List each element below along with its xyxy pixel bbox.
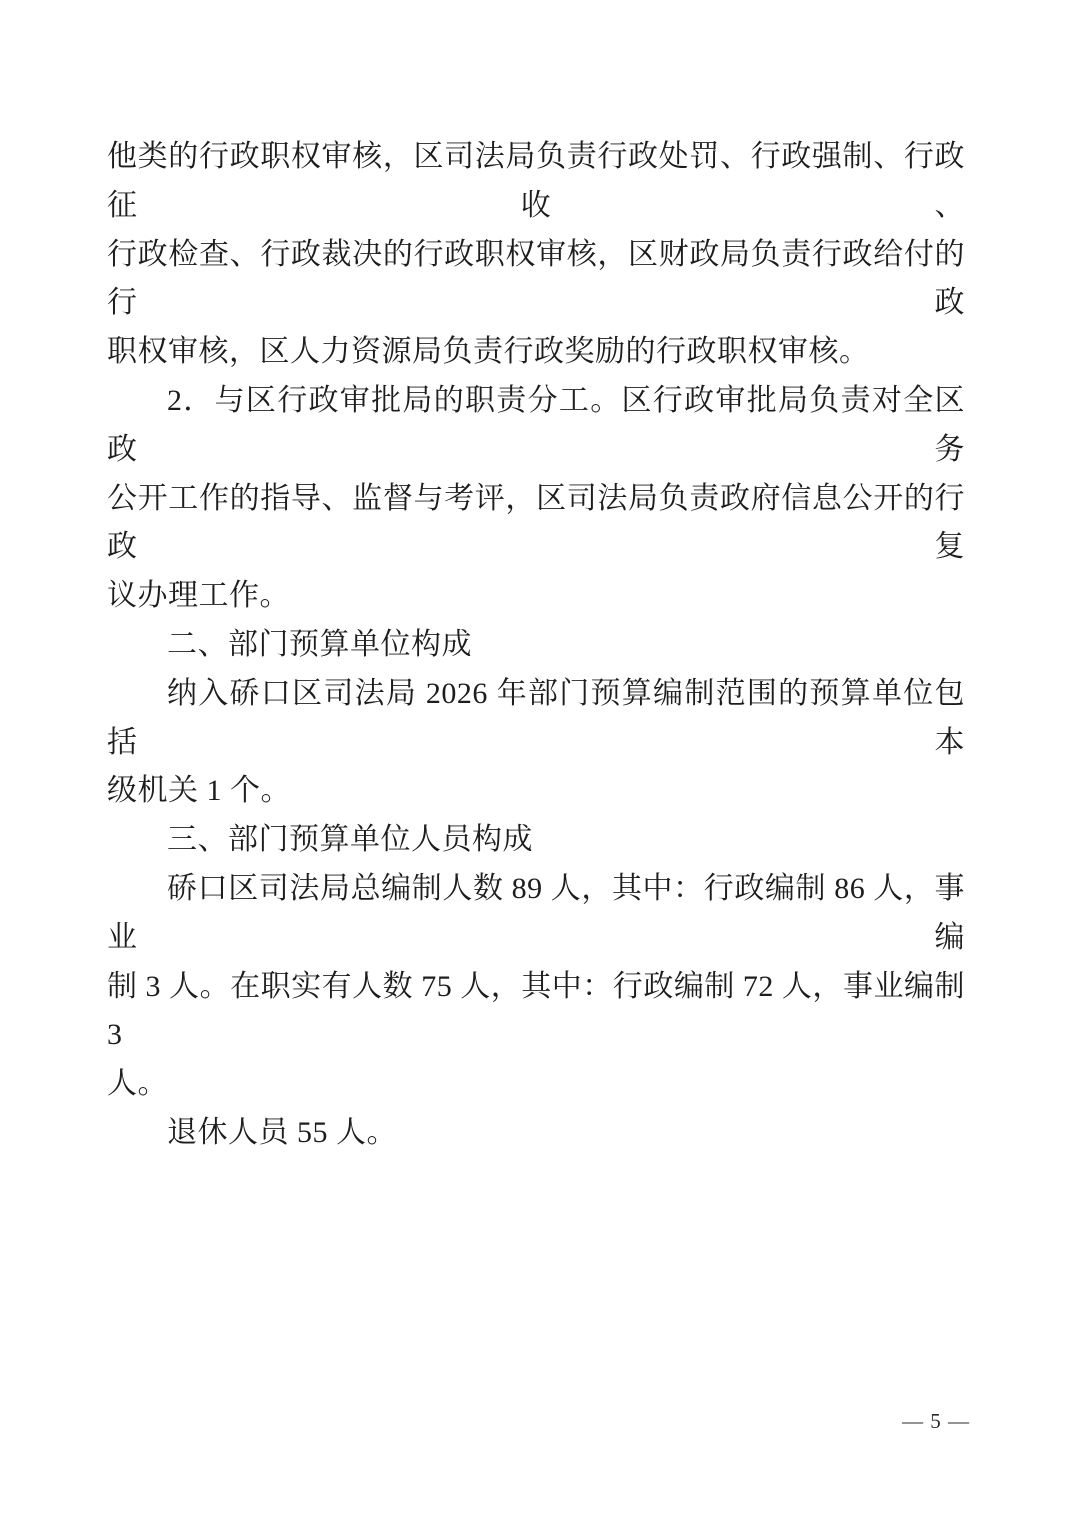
document-page: 他类的行政职权审核，区司法局负责行政处罚、行政强制、行政征收、 行政检查、行政裁… [0,0,1074,1520]
body-line: 2．与区行政审批局的职责分工。区行政审批局负责对全区政务 [107,377,965,475]
body-line: 议办理工作。 [107,572,965,621]
section-heading: 三、部门预算单位人员构成 [107,816,965,865]
section-heading: 二、部门预算单位构成 [107,621,965,670]
body-line: 退休人员 55 人。 [107,1109,965,1158]
body-line: 硚口区司法局总编制人数 89 人，其中：行政编制 86 人，事业编 [107,865,965,963]
page-number: — 5 — [902,1406,970,1436]
body-line: 纳入硚口区司法局 2026 年部门预算编制范围的预算单位包括本 [107,670,965,768]
body-line: 他类的行政职权审核，区司法局负责行政处罚、行政强制、行政征收、 [107,133,965,231]
body-line: 行政检查、行政裁决的行政职权审核，区财政局负责行政给付的行政 [107,231,965,329]
body-line: 公开工作的指导、监督与考评，区司法局负责政府信息公开的行政复 [107,475,965,573]
body-line: 级机关 1 个。 [107,767,965,816]
body-line: 职权审核，区人力资源局负责行政奖励的行政职权审核。 [107,328,965,377]
body-line: 人。 [107,1060,965,1109]
body-line: 制 3 人。在职实有人数 75 人，其中：行政编制 72 人，事业编制 3 [107,963,965,1061]
document-body: 他类的行政职权审核，区司法局负责行政处罚、行政强制、行政征收、 行政检查、行政裁… [107,133,965,1158]
